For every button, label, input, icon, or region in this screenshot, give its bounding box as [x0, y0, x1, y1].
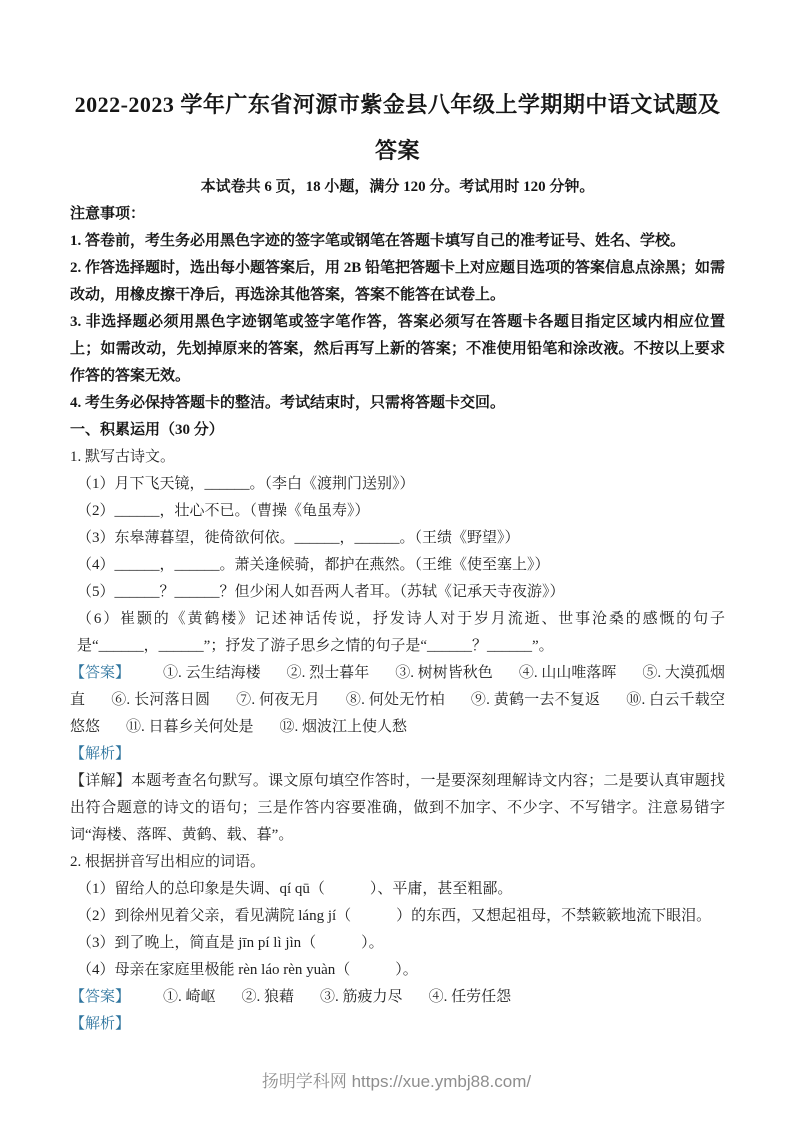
answer-item: ①. 崎岖: [163, 989, 216, 1005]
question-1-blank-6: （6）崔颢的《黄鹤楼》记述神话传说，抒发诗人对于岁月流逝、世事沧桑的感慨的句子是…: [70, 606, 725, 660]
question-2-analysis-row: 【解析】: [70, 1011, 725, 1038]
notice-item-4: 4. 考生务必保持答题卡的整洁。考试结束时，只需将答题卡交回。: [70, 390, 725, 417]
notice-item-2: 2. 作答选择题时，选出每小题答案后，用 2B 铅笔把答题卡上对应题目选项的答案…: [70, 255, 725, 309]
answer-item: ⑫. 烟波江上使人愁: [280, 719, 408, 735]
footer-url-link[interactable]: https://xue.ymbj88.com/: [352, 1072, 532, 1091]
question-1-blank-3: （3）东皋薄暮望，徙倚欲何依。______，______。（王绩《野望》）: [70, 525, 725, 552]
page-title: 2022-2023 学年广东省河源市紫金县八年级上学期期中语文试题及答案: [70, 82, 725, 174]
answer-item: ⑧. 何处无竹柏: [346, 692, 445, 708]
question-1-blank-4: （4）______，______。萧关逢候骑，都护在燕然。（王维《使至塞上》）: [70, 552, 725, 579]
footer-site-name: 扬明学科网: [262, 1072, 347, 1091]
analysis-label: 【解析】: [70, 746, 130, 762]
question-2-blank-1: （1）留给人的总印象是失调、qí qū（ ）、平庸，甚至粗鄙。: [70, 876, 725, 903]
exam-info-line: 本试卷共 6 页，18 小题，满分 120 分。考试用时 120 分钟。: [70, 174, 725, 201]
question-2-answer-row: 【答案】①. 崎岖②. 狼藉③. 筋疲力尽④. 任劳任怨: [70, 984, 725, 1011]
watermark-footer: 扬明学科网 https://xue.ymbj88.com/: [0, 1067, 793, 1092]
exam-document-page: 2022-2023 学年广东省河源市紫金县八年级上学期期中语文试题及答案 本试卷…: [0, 0, 793, 1122]
question-1-blank-2: （2）______，壮心不已。（曹操《龟虽寿》）: [70, 498, 725, 525]
answer-item: ②. 狼藉: [242, 989, 295, 1005]
answer-item: ③. 筋疲力尽: [320, 989, 403, 1005]
answer-item: ⑪. 日暮乡关何处是: [126, 719, 254, 735]
question-1-analysis-row: 【解析】: [70, 741, 725, 768]
question-2-stem: 2. 根据拼音写出相应的词语。: [70, 849, 725, 876]
answer-item: ⑨. 黄鹤一去不复返: [471, 692, 600, 708]
answer-item: ⑥. 长河落日圆: [111, 692, 210, 708]
section-heading: 一、积累运用（30 分）: [70, 417, 725, 444]
question-2-blank-2: （2）到徐州见着父亲，看见满院 láng jí（ ）的东西，又想起祖母，不禁簌簌…: [70, 903, 725, 930]
question-1-blank-1: （1）月下飞天镜，______。（李白《渡荆门送别》）: [70, 471, 725, 498]
answer-label: 【答案】: [70, 665, 130, 681]
notice-item-1: 1. 答卷前，考生务必用黑色字迹的签字笔或钢笔在答题卡填写自己的准考证号、姓名、…: [70, 228, 725, 255]
question-2-blank-3: （3）到了晚上，简直是 jīn pí lì jìn（ ）。: [70, 930, 725, 957]
answer-item: ①. 云生结海楼: [163, 665, 261, 681]
answer-item: ②. 烈士暮年: [287, 665, 370, 681]
question-1-answer-row: 【答案】①. 云生结海楼②. 烈士暮年③. 树树皆秋色④. 山山唯落晖⑤. 大漠…: [70, 660, 725, 741]
answer-item: ④. 任劳任怨: [429, 989, 512, 1005]
document-body: 注意事项： 1. 答卷前，考生务必用黑色字迹的签字笔或钢笔在答题卡填写自己的准考…: [70, 201, 725, 1038]
question-1-blank-5: （5）______？______？但少闲人如吾两人者耳。（苏轼《记承天寺夜游》）: [70, 579, 725, 606]
notices-heading: 注意事项：: [70, 201, 725, 228]
question-1-stem: 1. 默写古诗文。: [70, 444, 725, 471]
question-2-blank-4: （4）母亲在家庭里极能 rèn láo rèn yuàn（ ）。: [70, 957, 725, 984]
analysis-label: 【解析】: [70, 1016, 130, 1032]
answer-item: ⑦. 何夜无月: [236, 692, 320, 708]
answer-label: 【答案】: [70, 989, 130, 1005]
answer-item: ④. 山山唯落晖: [519, 665, 617, 681]
question-1-detail: 【详解】本题考查名句默写。课文原句填空作答时，一是要深刻理解诗文内容；二是要认真…: [70, 768, 725, 849]
answer-item: ③. 树树皆秋色: [395, 665, 493, 681]
notice-item-3: 3. 非选择题必须用黑色字迹钢笔或签字笔作答，答案必须写在答题卡各题目指定区域内…: [70, 309, 725, 390]
